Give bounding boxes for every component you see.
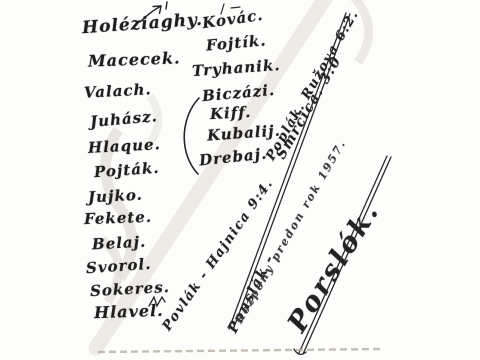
signature-name: Biczázi. bbox=[201, 81, 275, 105]
signature-name: Fekete. bbox=[84, 208, 153, 228]
signature-name: Valach. bbox=[84, 80, 153, 102]
signature-name: Pojták. bbox=[93, 159, 160, 182]
signature-name: Belaj. bbox=[92, 233, 147, 254]
signature-name: Drebaj. bbox=[198, 144, 268, 169]
signature-name: Macecek. bbox=[88, 48, 181, 70]
signature-name: Jujko. bbox=[88, 186, 144, 207]
signature-name: Sokeres. bbox=[90, 278, 171, 300]
signature-name: Hlavel. bbox=[94, 301, 164, 322]
signature-name: Tryhanik. bbox=[191, 56, 281, 80]
scanned-handwritten-sheet: Holéziaghy. Macecek. Valach. Juhász. Hla… bbox=[0, 0, 480, 360]
signature-name: Kubalij. bbox=[206, 121, 281, 144]
match-result-note: Povlák - Hajnica 9:4. bbox=[160, 176, 277, 334]
signature-name: Fojtík. bbox=[205, 31, 267, 54]
scan-edge-line bbox=[98, 349, 382, 352]
signature-name: Svorol. bbox=[85, 255, 151, 278]
signature-name: Kiff. bbox=[210, 103, 252, 123]
match-result-note: Poplák. Ružova 6:2. bbox=[264, 7, 363, 163]
grouping-paren-stroke bbox=[184, 98, 199, 174]
signature-name: Holéziaghy. bbox=[81, 10, 203, 38]
signature-name: Kovác. bbox=[201, 6, 264, 32]
signature-name: Hlaque. bbox=[88, 135, 162, 157]
signature-name: Juhász. bbox=[89, 107, 158, 131]
